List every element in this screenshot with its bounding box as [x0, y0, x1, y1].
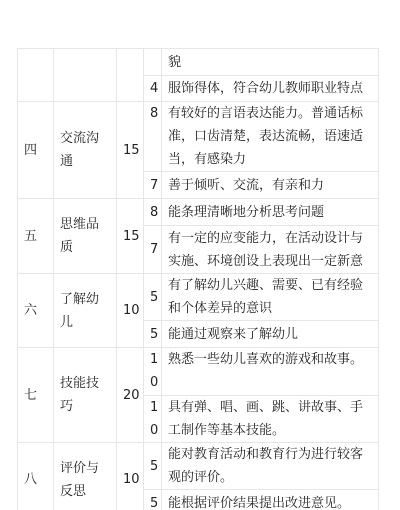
index-cell: 七	[18, 348, 54, 443]
score-cell: 5	[144, 443, 162, 490]
criteria-cell: 能根据评价结果提出改进意见。	[162, 490, 379, 510]
score-cell: 5	[144, 321, 162, 348]
table-row: 貌	[18, 49, 379, 76]
evaluation-table: 貌 4 服饰得体，符合幼儿教师职业特点 四 交流沟通 15 8 有较好的言语表达…	[17, 48, 379, 510]
total-cell: 15	[117, 102, 144, 199]
criteria-cell: 貌	[162, 49, 379, 76]
score-cell: 8	[144, 199, 162, 226]
criteria-cell: 能对教育活动和教育行为进行较客观的评价。	[162, 443, 379, 490]
table-row: 七 技能技巧 20 10 熟悉一些幼儿喜欢的游戏和故事。	[18, 348, 379, 396]
criteria-cell: 有较好的言语表达能力。普通话标准，口齿清楚，表达流畅，语速适当，有感染力	[162, 102, 379, 172]
criteria-cell: 善于倾听、交流，有亲和力	[162, 172, 379, 199]
criteria-cell: 具有弹、唱、画、跳、讲故事、手工制作等基本技能。	[162, 396, 379, 443]
score-cell: 10	[144, 348, 162, 396]
table-row: 五 思维品质 15 8 能条理清晰地分析思考问题	[18, 199, 379, 226]
score-cell: 10	[144, 396, 162, 443]
category-cell	[54, 49, 117, 102]
category-cell: 技能技巧	[54, 348, 117, 443]
score-cell: 5	[144, 274, 162, 321]
category-cell: 思维品质	[54, 199, 117, 274]
score-cell: 7	[144, 226, 162, 274]
total-cell: 15	[117, 199, 144, 274]
total-cell: 20	[117, 348, 144, 443]
criteria-cell: 能通过观察来了解幼儿	[162, 321, 379, 348]
total-cell: 10	[117, 443, 144, 510]
total-cell: 10	[117, 274, 144, 348]
score-cell	[144, 49, 162, 76]
category-cell: 交流沟通	[54, 102, 117, 199]
criteria-cell: 有了解幼儿兴趣、需要、已有经验和个体差异的意识	[162, 274, 379, 321]
total-cell	[117, 49, 144, 102]
score-cell: 7	[144, 172, 162, 199]
index-cell	[18, 49, 54, 102]
category-cell: 了解幼儿	[54, 274, 117, 348]
index-cell: 八	[18, 443, 54, 510]
table-row: 四 交流沟通 15 8 有较好的言语表达能力。普通话标准，口齿清楚，表达流畅，语…	[18, 102, 379, 172]
criteria-cell: 服饰得体，符合幼儿教师职业特点	[162, 76, 379, 102]
table-row: 八 评价与反思 10 5 能对教育活动和教育行为进行较客观的评价。	[18, 443, 379, 490]
category-cell: 评价与反思	[54, 443, 117, 510]
table-row: 六 了解幼儿 10 5 有了解幼儿兴趣、需要、已有经验和个体差异的意识	[18, 274, 379, 321]
index-cell: 四	[18, 102, 54, 199]
index-cell: 五	[18, 199, 54, 274]
score-cell: 8	[144, 102, 162, 172]
criteria-cell: 有一定的应变能力，在活动设计与实施、环境创设上表现出一定新意	[162, 226, 379, 274]
index-cell: 六	[18, 274, 54, 348]
criteria-cell: 熟悉一些幼儿喜欢的游戏和故事。	[162, 348, 379, 396]
criteria-cell: 能条理清晰地分析思考问题	[162, 199, 379, 226]
score-cell: 5	[144, 490, 162, 510]
score-cell: 4	[144, 76, 162, 102]
